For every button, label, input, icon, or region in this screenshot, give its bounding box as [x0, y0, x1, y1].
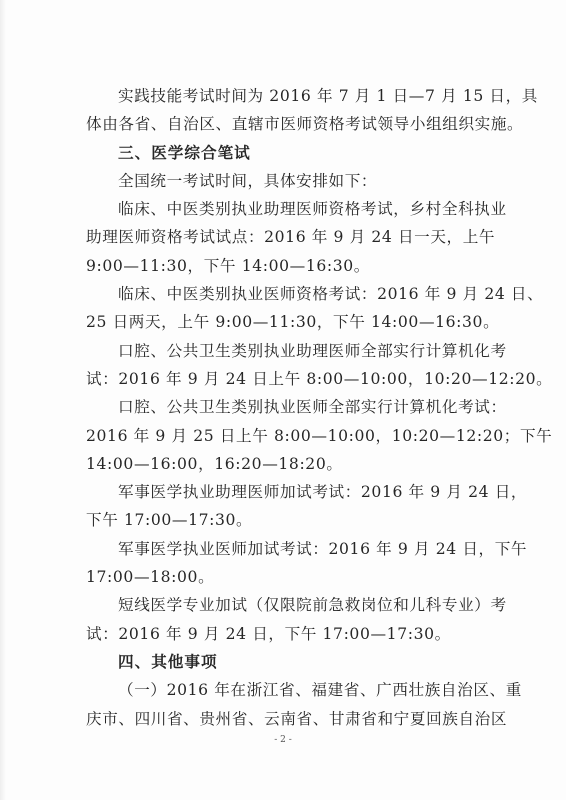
- section-heading-3: 三、医学综合笔试: [86, 139, 486, 167]
- paragraph-line: 庆市、四川省、贵州省、云南省、甘肃省和宁夏回族自治区: [86, 705, 486, 733]
- paragraph-line: 9:00—11:30，下午 14:00—16:30。: [86, 252, 486, 280]
- paragraph-line: 25 日两天，上午 9:00—11:30，下午 14:00—16:30。: [86, 308, 486, 336]
- paragraph-line: 14:00—16:00，16:20—18:20。: [86, 450, 486, 478]
- paragraph-line: 临床、中医类别执业助理医师资格考试，乡村全科执业: [86, 195, 486, 223]
- paragraph-line: 短线医学专业加试（仅限院前急救岗位和儿科专业）考: [86, 591, 486, 619]
- scan-edge-shadow: [0, 0, 6, 800]
- paragraph-line: 全国统一考试时间，具体安排如下：: [86, 167, 486, 195]
- paragraph-line: 军事医学执业医师加试考试：2016 年 9 月 24 日，下午: [86, 535, 486, 563]
- paragraph-line: 口腔、公共卫生类别执业医师全部实行计算机化考试：: [86, 393, 486, 421]
- document-page: 实践技能考试时间为 2016 年 7 月 1 日—7 月 15 日，具 体由各省…: [86, 82, 486, 733]
- paragraph-line: 2016 年 9 月 25 日上午 8:00—10:00，10:20—12:20…: [86, 422, 486, 450]
- paragraph-line: 体由各省、自治区、直辖市医师资格考试领导小组组织实施。: [86, 110, 486, 138]
- section-heading-4: 四、其他事项: [86, 648, 486, 676]
- paragraph-line: 临床、中医类别执业医师资格考试：2016 年 9 月 24 日、: [86, 280, 486, 308]
- paragraph-line: 口腔、公共卫生类别执业助理医师全部实行计算机化考: [86, 337, 486, 365]
- paragraph-line: 助理医师资格考试试点：2016 年 9 月 24 日一天，上午: [86, 223, 486, 251]
- paragraph-line: 17:00—18:00。: [86, 563, 486, 591]
- paragraph-line: （一）2016 年在浙江省、福建省、广西壮族自治区、重: [86, 676, 486, 704]
- paragraph-line: 下午 17:00—17:30。: [86, 506, 486, 534]
- paragraph-line: 实践技能考试时间为 2016 年 7 月 1 日—7 月 15 日，具: [86, 82, 486, 110]
- paragraph-line: 试：2016 年 9 月 24 日上午 8:00—10:00，10:20—12:…: [86, 365, 486, 393]
- paragraph-line: 军事医学执业助理医师加试考试：2016 年 9 月 24 日，: [86, 478, 486, 506]
- paragraph-line: 试：2016 年 9 月 24 日，下午 17:00—17:30。: [86, 620, 486, 648]
- page-number: - 2 -: [0, 735, 566, 745]
